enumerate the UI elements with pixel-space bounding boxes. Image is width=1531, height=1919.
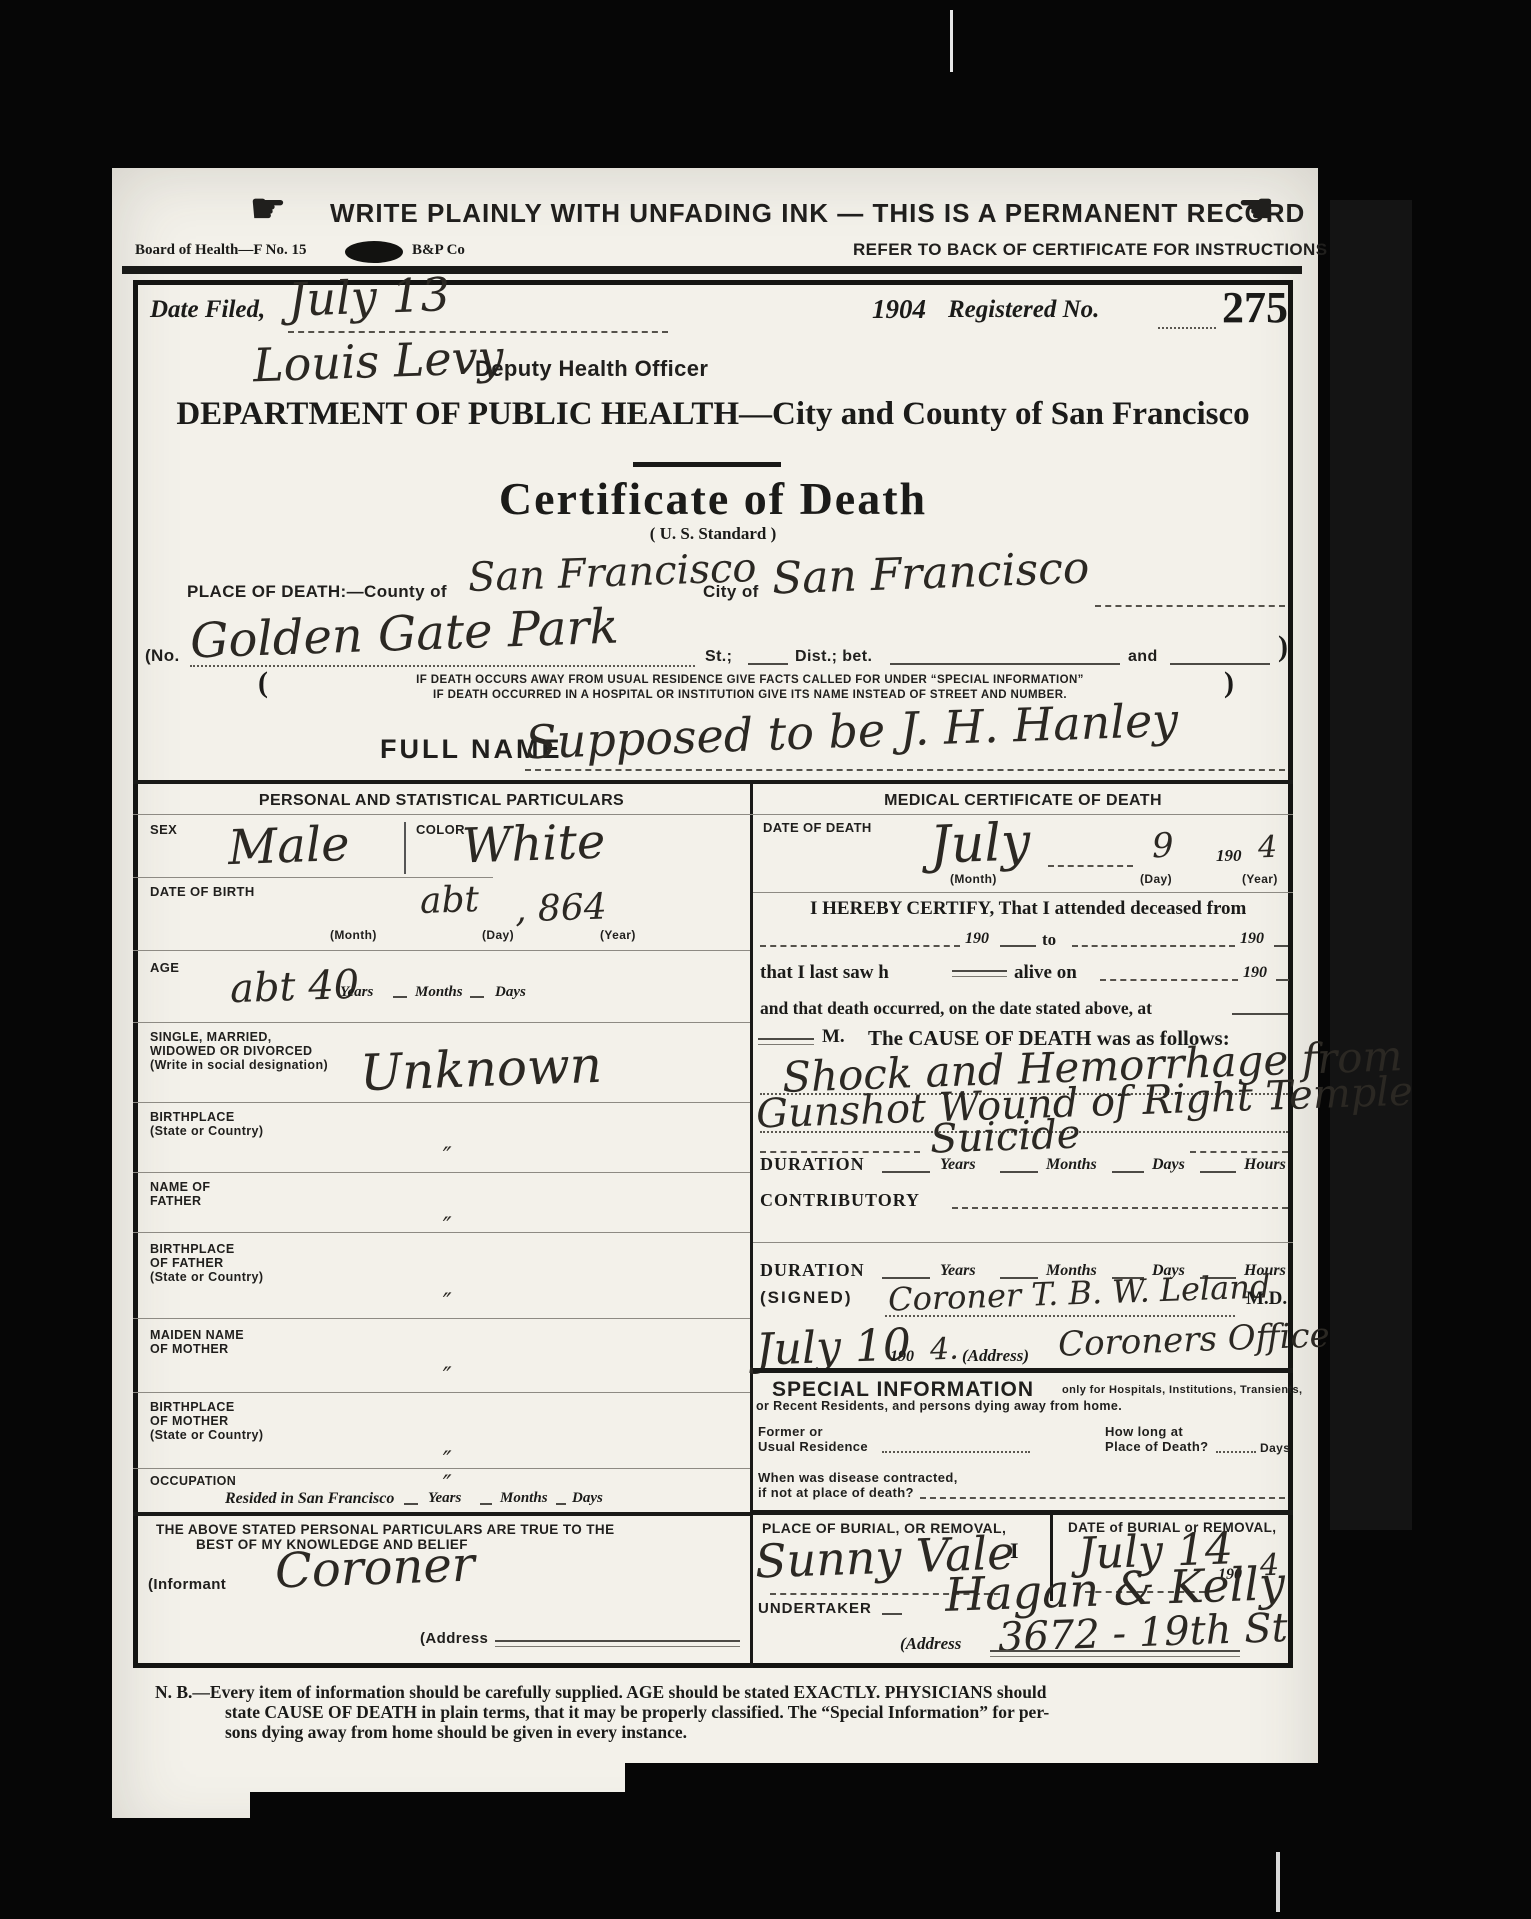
left-thick-rule [133,1512,750,1516]
certify-190-b: 190 [1240,930,1264,948]
marital-value: Unknown [359,1036,603,1102]
undertaker-address-line [990,1650,1240,1657]
signed-190: 190 [890,1348,914,1366]
duration1-years: Years [940,1156,976,1174]
dob-year-sublabel: (Year) [600,928,636,942]
contracted-label-line2: if not at place of death? [758,1485,914,1500]
dod-line [1048,864,1133,867]
and-label: and [1128,648,1158,666]
dob-label: DATE OF BIRTH [150,884,255,899]
duration1-line-d [1200,1170,1236,1173]
alive-line-b [1276,978,1289,981]
row-rule-5 [133,1172,750,1173]
howlong-days-label: Days [1260,1441,1290,1455]
personal-section-header: PERSONAL AND STATISTICAL PARTICULARS [133,792,750,810]
scan-line-bottom [1276,1852,1280,1912]
street-no-label: (No. [145,646,180,666]
dob-day-value: abt [419,879,479,922]
st-line [748,662,788,665]
date-filed-year: 1904 [872,294,926,325]
dod-year-printed: 190 [1216,846,1242,866]
last-saw-text: that I last saw h [760,962,889,984]
dod-day-sublabel: (Day) [1140,872,1172,886]
row-rule-1 [133,877,493,878]
dob-month-sublabel: (Month) [330,928,377,942]
title-divider [633,462,781,467]
duration1-line-c [1112,1170,1144,1173]
row-rule-6 [133,1232,750,1233]
duration1-days: Days [1152,1156,1185,1174]
bottom-black-step-3 [112,1818,252,1848]
alive-on-text: alive on [1014,962,1077,984]
contributory-line [952,1206,1288,1209]
row-rule-3 [133,1022,750,1023]
contracted-line [920,1496,1285,1499]
birthplace-value: ″ [443,1142,453,1170]
medical-section-header: MEDICAL CERTIFICATE OF DEATH [753,792,1293,810]
section-top-rule [133,780,1293,784]
resided-years-label: Years [428,1490,461,1507]
last-saw-strike [952,970,1007,977]
registered-no-line [1158,326,1216,329]
hand-right-icon: ☛ [250,186,286,232]
certificate-title: Certificate of Death [135,472,1291,525]
special-info-rest1: only for Hospitals, Institutions, Transi… [1062,1384,1302,1396]
us-standard-subtitle: ( U. S. Standard ) [135,524,1291,544]
date-of-death-month: July [929,812,1031,875]
certify-190-a: 190 [965,930,989,948]
date-filed-label: Date Filed, [150,296,265,324]
father-name-value: ″ [443,1212,453,1240]
marital-label-line3: (Write in social designation) [150,1058,328,1072]
marital-label-line2: WIDOWED OR DIVORCED [150,1044,312,1058]
death-occurred-text: and that death occurred, on the date sta… [760,998,1152,1019]
birthplace-label-line1: BIRTHPLACE [150,1110,235,1124]
howlong-line [1216,1450,1256,1453]
contributory-label: CONTRIBUTORY [760,1190,920,1211]
color-label: COLOR [416,822,465,837]
date-filed-value: July 13 [287,267,451,327]
age-line-1 [393,995,407,998]
column-divider [750,780,753,1668]
dob-year-value: , 864 [514,886,607,930]
age-years-label: Years [340,984,373,1001]
cause-line3-value: Suicide [929,1111,1081,1162]
former-residence-line [882,1450,1030,1453]
scan-line-top [950,10,953,72]
former-residence-label-line2: Usual Residence [758,1439,868,1454]
close-paren: ) [1278,630,1288,664]
father-birthplace-label-line1: BIRTHPLACE [150,1242,235,1256]
row-rule-4 [133,1102,750,1103]
undertaker-address-label: (Address [900,1634,961,1654]
alive-on-line [1100,978,1238,981]
mother-name-label-line2: OF MOTHER [150,1342,229,1356]
sex-value: Male [227,816,350,876]
informant-label: (Informant [148,1576,226,1593]
marital-label-line1: SINGLE, MARRIED, [150,1030,272,1044]
stamp-blob-icon [345,241,403,263]
former-residence-label-line1: Former or [758,1424,823,1439]
footnote-line2: state CAUSE OF DEATH in plain terms, tha… [225,1702,1049,1723]
certify-to-label: to [1042,930,1056,950]
father-birthplace-label-line2: OF FATHER [150,1256,224,1270]
resided-days-label: Days [572,1490,603,1507]
row-rule-8 [133,1392,750,1393]
m-label: M. [822,1026,845,1048]
and-line [1170,662,1270,665]
resided-line-2 [480,1502,492,1505]
undertaker-label: UNDERTAKER [758,1600,872,1617]
row-rule-7 [133,1318,750,1319]
duration1-line-b [1000,1170,1038,1173]
cause-underline-3 [760,1150,920,1153]
truth-statement-line1: THE ABOVE STATED PERSONAL PARTICULARS AR… [156,1522,614,1537]
certify-line-b [1000,944,1036,947]
resided-line-1 [404,1502,418,1505]
father-name-label-line2: FATHER [150,1194,201,1208]
bottom-black-step-1 [625,1763,1318,1848]
certify-line-a [760,944,960,947]
row-rule-9 [133,1468,750,1469]
duration-label-2: DURATION [760,1260,865,1281]
registered-no-label: Registered No. [948,296,1099,324]
refer-to-back-note: REFER TO BACK OF CERTIFICATE FOR INSTRUC… [853,240,1327,260]
age-months-label: Months [415,984,463,1001]
howlong-label-line1: How long at [1105,1424,1183,1439]
mother-birthplace-label-line1: BIRTHPLACE [150,1400,235,1414]
dod-year-script: 4 [1257,830,1277,866]
father-name-label-line1: NAME OF [150,1180,210,1194]
dist-line [890,662,1120,665]
certify-line-c [1072,944,1235,947]
header-underline [133,814,1293,815]
informant-address-label: (Address [420,1630,488,1647]
place-trailing-line [1095,604,1285,607]
st-label: St.; [705,648,732,666]
burial-top-rule [753,1510,1293,1515]
row-rule-2 [133,950,750,951]
city-of-label: City of [703,582,759,602]
age-label: AGE [150,960,179,975]
age-days-label: Days [495,984,526,1001]
dob-day-sublabel: (Day) [482,928,514,942]
deputy-health-officer-title: Deputy Health Officer [475,356,708,382]
date-of-death-day: 9 [1151,826,1174,867]
informant-value: Coroner [274,1537,476,1600]
printer-mark: B&P Co [412,242,465,259]
health-officer-signature: Louis Levy [252,330,504,393]
duration-label-1: DURATION [760,1154,865,1175]
signed-label: (SIGNED) [760,1288,853,1308]
place-of-death-label: PLACE OF DEATH:—County of [187,582,447,602]
board-of-health-form-no: Board of Health—F No. 15 [135,242,307,259]
department-title: DEPARTMENT OF PUBLIC HEALTH—City and Cou… [135,396,1291,433]
resided-months-label: Months [500,1490,548,1507]
registered-no-value: 275 [1222,282,1288,333]
dod-month-sublabel: (Month) [950,872,997,886]
full-name-line [525,768,1285,771]
color-value: White [461,814,606,875]
m-leading-line [758,1038,814,1045]
md-label: M.D. [1246,1288,1287,1310]
mother-birthplace-label-line2: OF MOTHER [150,1414,229,1428]
dist-bet-label: Dist.; bet. [795,648,872,666]
special-info-rest2: or Recent Residents, and persons dying a… [756,1399,1122,1413]
contributory-rule [753,1242,1293,1243]
mother-name-value: ″ [443,1362,453,1390]
sex-color-divider [404,822,406,874]
banner-text: WRITE PLAINLY WITH UNFADING INK — THIS I… [330,198,1305,229]
father-birthplace-label-line3: (State or Country) [150,1270,263,1284]
contracted-label-line1: When was disease contracted, [758,1470,958,1485]
scanned-death-certificate: { "banner": { "text": "WRITE PLAINLY WIT… [0,0,1531,1919]
certify-line-d [1274,944,1288,947]
dod-row-rule [753,892,1293,893]
duration1-line-a [882,1170,930,1173]
informant-address-line [495,1640,740,1647]
occupation-label: OCCUPATION [150,1474,236,1488]
footnote-line1: N. B.—Every item of information should b… [155,1682,1047,1703]
cause-underline-3b [1190,1150,1288,1153]
bottom-black-step-2 [250,1792,625,1848]
resided-label: Resided in San Francisco [225,1490,394,1508]
hand-left-icon: ☚ [1238,186,1274,232]
date-of-death-label: DATE OF DEATH [763,820,872,835]
certify-text: I HEREBY CERTIFY, That I attended deceas… [810,898,1246,920]
father-birthplace-value: ″ [443,1288,453,1316]
mother-birthplace-label-line3: (State or Country) [150,1428,263,1442]
note-close-paren: ) [1224,666,1234,700]
signed-address-label: (Address) [962,1346,1029,1366]
residence-note-line1: IF DEATH OCCURS AWAY FROM USUAL RESIDENC… [280,674,1220,686]
signed-underline [885,1314,1235,1317]
note-open-paren: ( [258,666,268,700]
duration1-hours: Hours [1244,1156,1286,1174]
undertaker-line [882,1612,902,1615]
resided-line-3 [556,1502,566,1505]
footnote-line3: sons dying away from home should be give… [225,1722,687,1743]
alive-190: 190 [1243,964,1267,982]
signed-4: 4. [929,1332,959,1368]
special-top-rule [753,1368,1293,1373]
duration1-months: Months [1046,1156,1097,1174]
burial-place-mark: I [1010,1538,1019,1564]
birthplace-label-line2: (State or Country) [150,1124,263,1138]
mother-name-label-line1: MAIDEN NAME [150,1328,244,1342]
dod-year-sublabel: (Year) [1242,872,1278,886]
age-line-2 [470,995,484,998]
howlong-label-line2: Place of Death? [1105,1439,1209,1454]
sex-label: SEX [150,822,177,837]
death-occurred-line [1232,1012,1288,1015]
scan-gray-strip [1330,200,1412,1530]
